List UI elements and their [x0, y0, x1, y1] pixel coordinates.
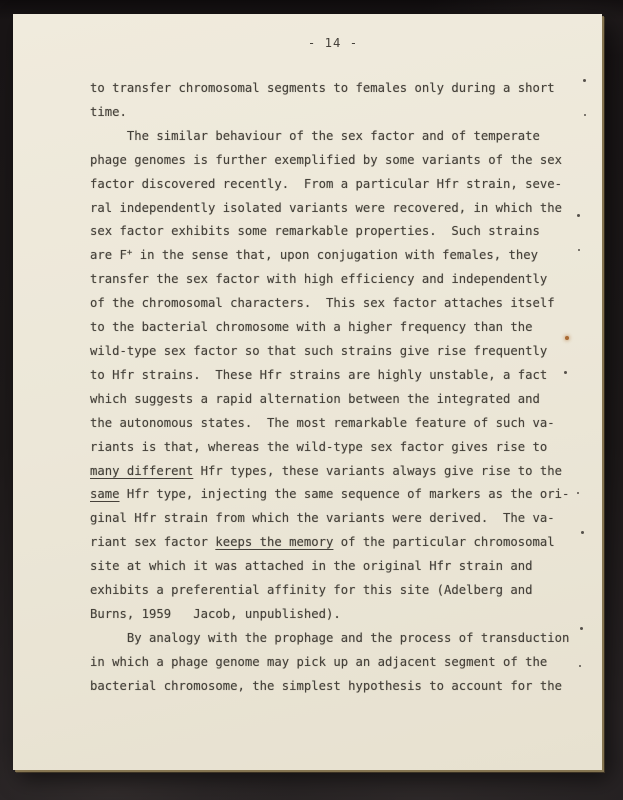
text-line: time. — [90, 101, 590, 125]
text-segment: to the bacterial chromosome with a highe… — [90, 320, 533, 334]
paper-speck — [577, 492, 579, 494]
text-line: factor discovered recently. From a parti… — [90, 173, 590, 197]
text-segment: time. — [90, 105, 127, 119]
text-segment: which suggests a rapid alternation betwe… — [90, 392, 540, 406]
text-line: in which a phage genome may pick up an a… — [90, 651, 590, 675]
text-line: ginal Hfr strain from which the variants… — [90, 507, 590, 531]
paper-speck — [565, 336, 569, 340]
text-line: are F+ in the sense that, upon conjugati… — [90, 244, 590, 268]
text-segment: wild-type sex factor so that such strain… — [90, 344, 547, 358]
paper-speck — [579, 665, 581, 667]
text-segment: to Hfr strains. These Hfr strains are hi… — [90, 368, 547, 382]
text-segment: site at which it was attached in the ori… — [90, 559, 533, 573]
paper-speck — [581, 531, 584, 534]
text-line: sex factor exhibits some remarkable prop… — [90, 220, 590, 244]
text-segment: Burns, 1959 Jacob, unpublished). — [90, 607, 341, 621]
text-segment: ral independently isolated variants were… — [90, 201, 562, 215]
text-segment: sex factor exhibits some remarkable prop… — [90, 224, 540, 238]
text-segment: riant sex factor — [90, 535, 215, 549]
text-segment: ginal Hfr strain from which the variants… — [90, 511, 555, 525]
text-segment: the autonomous states. The most remarkab… — [90, 416, 555, 430]
paper-speck — [584, 114, 586, 116]
text-segment: riants is that, whereas the wild-type se… — [90, 440, 547, 454]
text-line: to transfer chromosomal segments to fema… — [90, 77, 590, 101]
text-segment: phage genomes is further exemplified by … — [90, 153, 562, 167]
text-segment: in the sense that, upon conjugation with… — [132, 248, 538, 262]
text-line: Burns, 1959 Jacob, unpublished). — [90, 603, 590, 627]
text-line: many different Hfr types, these variants… — [90, 460, 590, 484]
text-line: phage genomes is further exemplified by … — [90, 149, 590, 173]
text-segment: Hfr types, these variants always give ri… — [193, 464, 562, 478]
text-segment: are F — [90, 248, 127, 262]
text-segment: to transfer chromosomal segments to fema… — [90, 81, 555, 95]
page-number: - 14 - — [90, 36, 576, 50]
underlined-text: many different — [90, 464, 193, 478]
document-page: - 14 - to transfer chromosomal segments … — [13, 14, 602, 770]
text-line: riants is that, whereas the wild-type se… — [90, 436, 590, 460]
text-segment: transfer the sex factor with high effici… — [90, 272, 547, 286]
text-segment: of the chromosomal characters. This sex … — [90, 296, 555, 310]
document-text: to transfer chromosomal segments to fema… — [90, 77, 590, 699]
paper-speck — [564, 371, 567, 374]
text-line: of the chromosomal characters. This sex … — [90, 292, 590, 316]
photo-backdrop: - 14 - to transfer chromosomal segments … — [0, 0, 623, 800]
text-line: By analogy with the prophage and the pro… — [90, 627, 590, 651]
text-segment: The similar behaviour of the sex factor … — [90, 129, 540, 143]
text-segment: bacterial chromosome, the simplest hypot… — [90, 679, 562, 693]
text-line: bacterial chromosome, the simplest hypot… — [90, 675, 590, 699]
paper-speck — [577, 214, 580, 217]
text-line: ral independently isolated variants were… — [90, 197, 590, 221]
text-segment: in which a phage genome may pick up an a… — [90, 655, 547, 669]
text-segment: exhibits a preferential affinity for thi… — [90, 583, 533, 597]
text-line: riant sex factor keeps the memory of the… — [90, 531, 590, 555]
text-line: to Hfr strains. These Hfr strains are hi… — [90, 364, 590, 388]
text-line: which suggests a rapid alternation betwe… — [90, 388, 590, 412]
text-line: the autonomous states. The most remarkab… — [90, 412, 590, 436]
text-segment: By analogy with the prophage and the pro… — [90, 631, 569, 645]
text-segment: Hfr type, injecting the same sequence of… — [120, 487, 570, 501]
paper-speck — [578, 249, 580, 251]
text-line: The similar behaviour of the sex factor … — [90, 125, 590, 149]
text-line: to the bacterial chromosome with a highe… — [90, 316, 590, 340]
text-line: transfer the sex factor with high effici… — [90, 268, 590, 292]
paper-speck — [580, 627, 583, 630]
text-segment: factor discovered recently. From a parti… — [90, 177, 562, 191]
paper-speck — [583, 79, 586, 82]
text-line: same Hfr type, injecting the same sequen… — [90, 483, 590, 507]
underlined-text: keeps the memory — [215, 535, 333, 549]
underlined-text: same — [90, 487, 120, 501]
text-segment: of the particular chromosomal — [333, 535, 554, 549]
text-line: wild-type sex factor so that such strain… — [90, 340, 590, 364]
text-line: exhibits a preferential affinity for thi… — [90, 579, 590, 603]
text-line: site at which it was attached in the ori… — [90, 555, 590, 579]
